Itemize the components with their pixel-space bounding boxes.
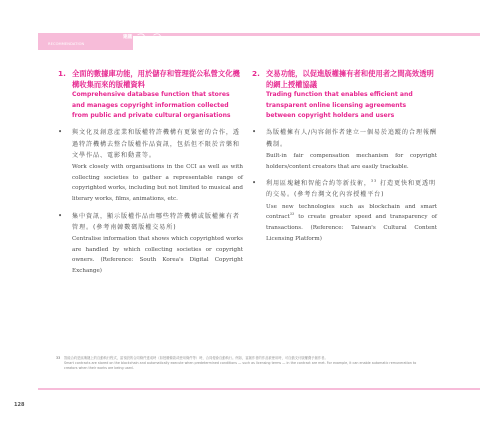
heading-en: Comprehensive database function that sto…	[58, 90, 243, 121]
heading-zh: 2. 交易功能，以促進版權擁有者和使用者之間高效透明的網上授權協議	[252, 69, 437, 90]
heading-zh: 1. 全面的數據庫功能，用於儲存和管理從公私營文化機構收集而來的版權資料	[58, 69, 243, 90]
footnote-en-line-2: creators when their works are being used…	[56, 366, 480, 371]
item-number: 1.	[58, 69, 72, 90]
footnote: 33智能合約是區塊鏈上的自動執行程式，當預設的合同條件達成時（如授權條款或使用條…	[56, 356, 480, 371]
bullet-zh: 集中資訊，顯示版權作品由哪些特許機構或版權擁有者管理。(參考南韓數碼版權交易所)	[72, 211, 243, 234]
bullet-icon: •	[58, 211, 72, 277]
bullet-icon: •	[252, 178, 266, 244]
bullet-zh: 為版權擁有人/內容創作者建立一個易於追蹤的合理報酬機制。	[266, 127, 437, 150]
heading-en: Trading function that enables efficient …	[252, 90, 437, 121]
page-number: 128	[14, 402, 24, 408]
bullet-zh: 與文化及創意產業和版權特許機構有更緊密的合作，透過特許機構去整合版權作品資訊，包…	[72, 127, 243, 161]
bullet-item: • 與文化及創意產業和版權特許機構有更緊密的合作，透過特許機構去整合版權作品資訊…	[58, 127, 243, 204]
section-tag: 建議 RECOMMENDATION 3.2	[38, 33, 133, 50]
bullet-en-text: to create greater speed and transparency…	[266, 214, 437, 241]
bullet-icon: •	[252, 127, 266, 172]
section-tag-label-en: RECOMMENDATION	[48, 42, 84, 46]
bullet-zh: 利用區塊鏈和智能合約等新技術，33 打造更快和更透明的交易。(參考台灣文化內容授…	[266, 178, 437, 201]
section-number: 3.2	[136, 31, 163, 51]
bullet-en: Work closely with organisations in the C…	[72, 162, 243, 204]
recommendation-item-1: 1. 全面的數據庫功能，用於儲存和管理從公私營文化機構收集而來的版權資料 Com…	[58, 69, 243, 277]
section-tag-label-zh: 建議	[123, 34, 132, 40]
bullet-en: Built-in fair compensation mechanism for…	[266, 151, 437, 172]
footnote-number: 33	[56, 356, 64, 361]
bullet-en: Use new technologies such as blockchain …	[266, 202, 437, 244]
bullet-icon: •	[58, 127, 72, 204]
footer-rule	[38, 388, 480, 390]
bullet-item: • 集中資訊，顯示版權作品由哪些特許機構或版權擁有者管理。(參考南韓數碼版權交易…	[58, 211, 243, 277]
bullet-item: • 為版權擁有人/內容創作者建立一個易於追蹤的合理報酬機制。 Built-in …	[252, 127, 437, 172]
bullet-zh-text: 利用區塊鏈和智能合約等新技術，	[266, 180, 371, 187]
heading-zh-text: 交易功能，以促進版權擁有者和使用者之間高效透明的網上授權協議	[266, 69, 437, 90]
recommendation-item-2: 2. 交易功能，以促進版權擁有者和使用者之間高效透明的網上授權協議 Tradin…	[252, 69, 437, 244]
heading-zh-text: 全面的數據庫功能，用於儲存和管理從公私營文化機構收集而來的版權資料	[72, 69, 243, 90]
item-number: 2.	[252, 69, 266, 90]
header-rule	[132, 33, 480, 36]
footnote-zh: 智能合約是區塊鏈上的自動執行程式，當預設的合同條件達成時（如授權條款或使用條件等…	[64, 356, 328, 360]
bullet-en: Centralise information that shows which …	[72, 234, 243, 276]
bullet-item: • 利用區塊鏈和智能合約等新技術，33 打造更快和更透明的交易。(參考台灣文化內…	[252, 178, 437, 244]
